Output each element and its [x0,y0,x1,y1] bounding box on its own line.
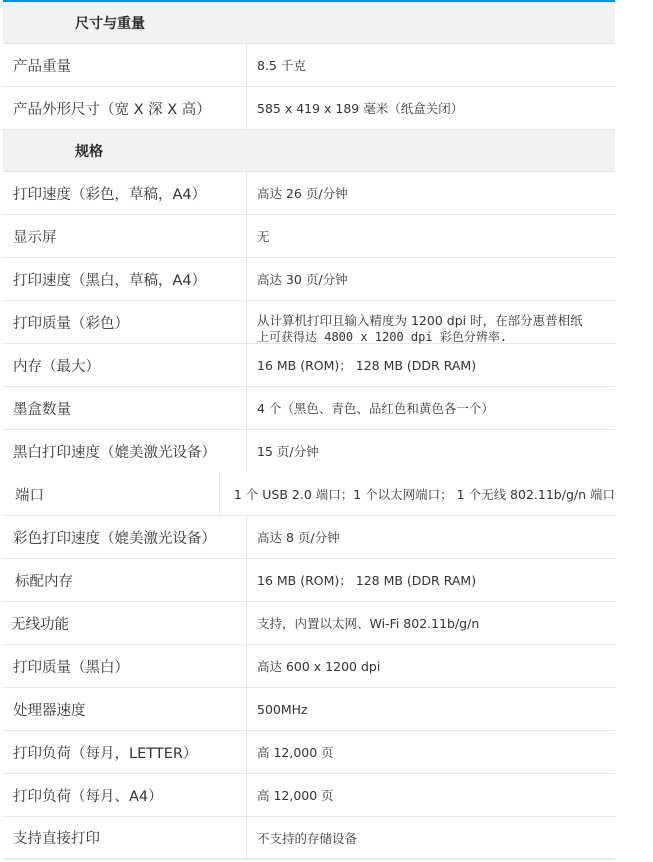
spec-value: 高 12,000 页 [247,731,615,773]
spec-row-standard-memory: 标配内存 16 MB (ROM)； 128 MB (DDR RAM) [3,559,615,602]
section-title: 尺寸与重量 [75,13,145,33]
spec-row-ports: 端口 1 个 USB 2.0 端口；1 个以太网端口； 1 个无线 802.11… [3,473,615,516]
spec-label: 产品重量 [3,44,247,86]
spec-label: 无线功能 [3,602,247,644]
spec-value: 16 MB (ROM)； 128 MB (DDR RAM) [247,344,615,386]
spec-row-mono-quality: 打印质量（黑白） 高达 600 x 1200 dpi [3,645,615,688]
spec-label: 彩色打印速度（媲美激光设备） [3,516,247,558]
spec-value: 15 页/分钟 [247,430,615,472]
spec-value: 8.5 千克 [247,44,615,86]
spec-row-duty-cycle-a4: 打印负荷（每月、A4） 高 12,000 页 [3,774,615,817]
spec-label: 标配内存 [3,559,247,601]
spec-label: 墨盒数量 [3,387,247,429]
spec-row-color-quality: 打印质量（彩色） 从计算机打印且输入精度为 1200 dpi 时，在部分惠普相纸… [3,301,615,344]
spec-value: 16 MB (ROM)； 128 MB (DDR RAM) [247,559,615,601]
spec-label: 端口 [3,473,220,515]
spec-row-dimensions: 产品外形尺寸（宽 X 深 X 高） 585 x 419 x 189 毫米（纸盒关… [3,87,615,130]
section-header-specs: 规格 [3,130,615,172]
spec-label: 显示屏 [3,215,247,257]
spec-label: 打印质量（彩色） [3,301,247,343]
spec-row-mono-draft-speed: 打印速度（黑白，草稿，A4） 高达 30 页/分钟 [3,258,615,301]
spec-row-max-memory: 内存（最大） 16 MB (ROM)； 128 MB (DDR RAM) [3,344,615,387]
spec-row-color-draft-speed: 打印速度（彩色，草稿，A4） 高达 26 页/分钟 [3,172,615,215]
spec-row-mono-laser-speed: 黑白打印速度（媲美激光设备） 15 页/分钟 [3,430,615,473]
spec-label: 打印负荷（每月、A4） [3,774,247,816]
spec-value: 从计算机打印且输入精度为 1200 dpi 时，在部分惠普相纸 上可获得达 48… [247,301,615,343]
spec-row-processor-speed: 处理器速度 500MHz [3,688,615,731]
spec-value: 4 个（黑色、青色、品红色和黄色各一个） [247,387,615,429]
spec-label: 处理器速度 [3,688,247,730]
spec-value: 高达 8 页/分钟 [247,516,615,558]
spec-value: 支持，内置以太网、Wi-Fi 802.11b/g/n [247,602,615,644]
section-title: 规格 [75,141,103,161]
spec-label: 产品外形尺寸（宽 X 深 X 高） [3,87,247,129]
section-header-dimensions: 尺寸与重量 [3,2,615,44]
spec-value: 高 12,000 页 [247,774,615,816]
spec-row-color-laser-speed: 彩色打印速度（媲美激光设备） 高达 8 页/分钟 [3,516,615,559]
spec-label: 黑白打印速度（媲美激光设备） [3,430,247,472]
spec-value: 585 x 419 x 189 毫米（纸盒关闭） [247,87,615,129]
spec-row-weight: 产品重量 8.5 千克 [3,44,615,87]
spec-row-cartridge-count: 墨盒数量 4 个（黑色、青色、品红色和黄色各一个） [3,387,615,430]
spec-value: 不支持的存储设备 [247,817,615,858]
spec-value: 无 [247,215,615,257]
spec-label: 打印速度（黑白，草稿，A4） [3,258,247,300]
spec-label: 内存（最大） [3,344,247,386]
spec-label: 打印负荷（每月，LETTER） [3,731,247,773]
spec-row-display: 显示屏 无 [3,215,615,258]
spec-row-direct-print: 支持直接打印 不支持的存储设备 [3,817,615,860]
spec-value: 高达 30 页/分钟 [247,258,615,300]
spec-label: 支持直接打印 [3,817,247,858]
spec-label: 打印质量（黑白） [3,645,247,687]
spec-table: 尺寸与重量 产品重量 8.5 千克 产品外形尺寸（宽 X 深 X 高） 585 … [3,0,615,860]
spec-value: 1 个 USB 2.0 端口；1 个以太网端口； 1 个无线 802.11b/g… [220,473,615,515]
spec-value-line: 上可获得达 4800 x 1200 dpi 彩色分辨率. [257,329,615,345]
spec-value: 500MHz [247,688,615,730]
spec-value: 高达 600 x 1200 dpi [247,645,615,687]
spec-value: 高达 26 页/分钟 [247,172,615,214]
spec-row-wireless: 无线功能 支持，内置以太网、Wi-Fi 802.11b/g/n [3,602,615,645]
spec-label: 打印速度（彩色，草稿，A4） [3,172,247,214]
spec-row-duty-cycle-letter: 打印负荷（每月，LETTER） 高 12,000 页 [3,731,615,774]
spec-value-line: 从计算机打印且输入精度为 1200 dpi 时，在部分惠普相纸 [257,313,615,329]
